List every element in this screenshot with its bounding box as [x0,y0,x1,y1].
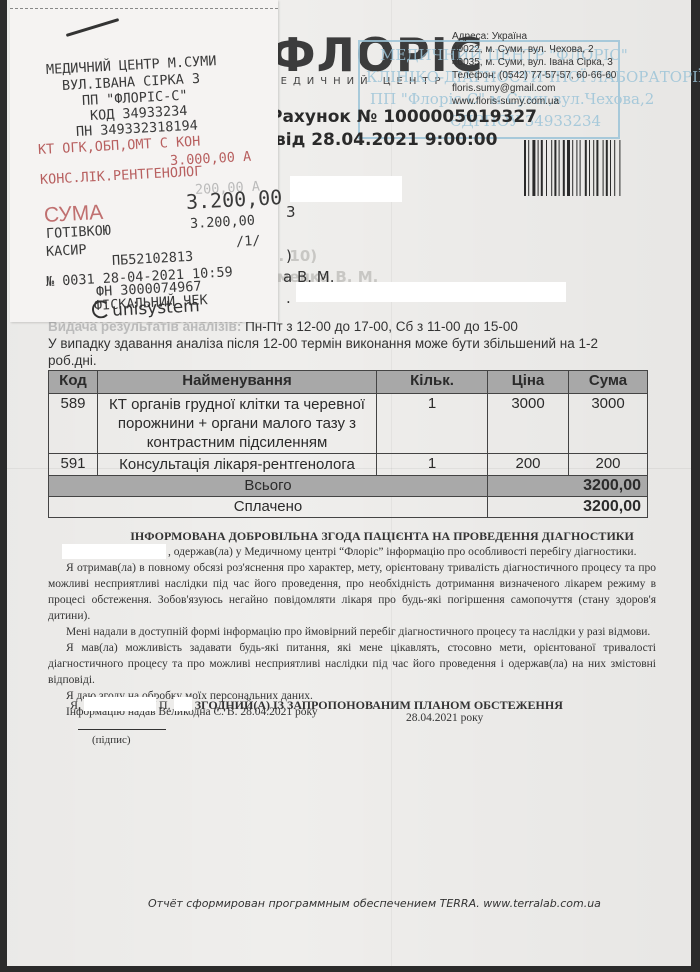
agree-date: 28.04.2021 року [406,712,483,724]
cabinet-tail: ) [286,247,292,265]
fiscal-receipt: МЕДИЧНИЙ ЦЕНТР М.СУМИ ВУЛ.ІВАНА СІРКА 3 … [10,0,278,322]
receipt-cashier-label: КАСИР [46,242,87,260]
row-qty: 1 [377,394,488,454]
birthdate-tail: 3 [286,203,296,221]
consent-agreement: Я, П. ЗГОДНИЙ(А) ІЗ ЗАПРОПОНОВАНИМ ПЛАНО… [70,697,563,713]
consent-paragraph: Мені надали в доступній формі інформацію… [48,624,656,640]
services-table: Код Найменування Кільк. Ціна Сума 589 КТ… [48,370,648,518]
paid-row: Сплачено 3200,00 [49,497,648,518]
consent-paragraph: Я мав(ла) можливість задавати будь-які п… [48,640,656,688]
barcode [522,140,644,196]
row-price: 200 [488,454,569,476]
address-tail: . [286,289,291,307]
receipt-sum-value: 3.200,00 [185,185,282,214]
address-line: 40035, м. Суми, вул. Івана Сірка, 3 [452,56,616,69]
email-link[interactable]: floris.sumy@gmail.com [452,82,616,95]
col-name: Найменування [98,371,377,394]
col-code: Код [49,371,98,394]
redacted-block [84,697,156,711]
unisystem-mark-icon [92,300,111,319]
staple-icon [66,18,119,37]
signature-label: (підпис) [92,734,131,746]
table-header-row: Код Найменування Кільк. Ціна Сума [49,371,648,394]
phone: Телефон: (0542) 77-57-57, 60-66-60 [452,69,616,82]
col-sum: Сума [569,371,648,394]
row-name: Консультація лікаря-рентгенолога [98,454,377,476]
tear-edge [10,8,278,12]
hours-value: Пн-Пт з 12-00 до 17-00, Сб з 11-00 до 15… [245,319,518,334]
row-qty: 1 [377,454,488,476]
agree-text: ЗГОДНИЙ(А) ІЗ ЗАПРОПОНОВАНИМ ПЛАНОМ ОБСТ… [195,698,563,712]
consent-title: ІНФОРМОВАНА ДОБРОВІЛЬНА ЗГОДА ПАЦІЄНТА Н… [108,528,656,544]
table-row: 589 КТ органів грудної клітки та черевно… [49,394,648,454]
paid-label: Сплачено [49,497,488,518]
invoice-date: від 28.04.2021 9:00:00 [275,130,497,150]
clinic-address: Адреса: Україна 40022, м. Суми, вул. Чех… [452,30,616,108]
redacted-block [174,697,192,711]
report-footer: Отчёт сформирован программным обеспечени… [148,897,601,910]
total-value: 3200,00 [488,476,648,497]
results-hours: Видача результатів аналізів: Пн-Пт з 12-… [48,318,648,369]
row-name: КТ органів грудної клітки та черевної по… [98,394,377,454]
address-line: 40022, м. Суми, вул. Чехова, 2 [452,43,616,56]
redacted-block [296,282,566,302]
hours-note: У випадку здавання аналіза після 12-00 т… [48,336,598,368]
redacted-block [290,176,402,202]
row-price: 3000 [488,394,569,454]
receipt-cash-label: ГОТІВКОЮ [46,223,112,242]
col-qty: Кільк. [377,371,488,394]
receipt-cashier-value: /1/ [236,233,261,250]
agree-prefix: Я, [70,698,81,712]
receipt-item-2: КОНС.ЛІК.РЕНТГЕНОЛОГ [40,164,203,188]
receipt-cash-value: 3.200,00 [190,213,256,232]
row-code: 591 [49,454,98,476]
invoice-number: Рахунок № 1000005019327 [270,107,537,127]
col-price: Ціна [488,371,569,394]
consent-paragraph: Я отримав(ла) в повному обсязі роз'яснен… [48,560,656,624]
redacted-block [62,544,166,559]
row-sum: 3000 [569,394,648,454]
table-row: 591 Консультація лікаря-рентгенолога 1 2… [49,454,648,476]
row-code: 589 [49,394,98,454]
signature-line [78,729,166,730]
total-row: Всього 3200,00 [49,476,648,497]
row-sum: 200 [569,454,648,476]
address-line: Адреса: Україна [452,30,616,43]
total-label: Всього [49,476,488,497]
agree-initial: П. [159,698,171,712]
paid-value: 3200,00 [488,497,648,518]
